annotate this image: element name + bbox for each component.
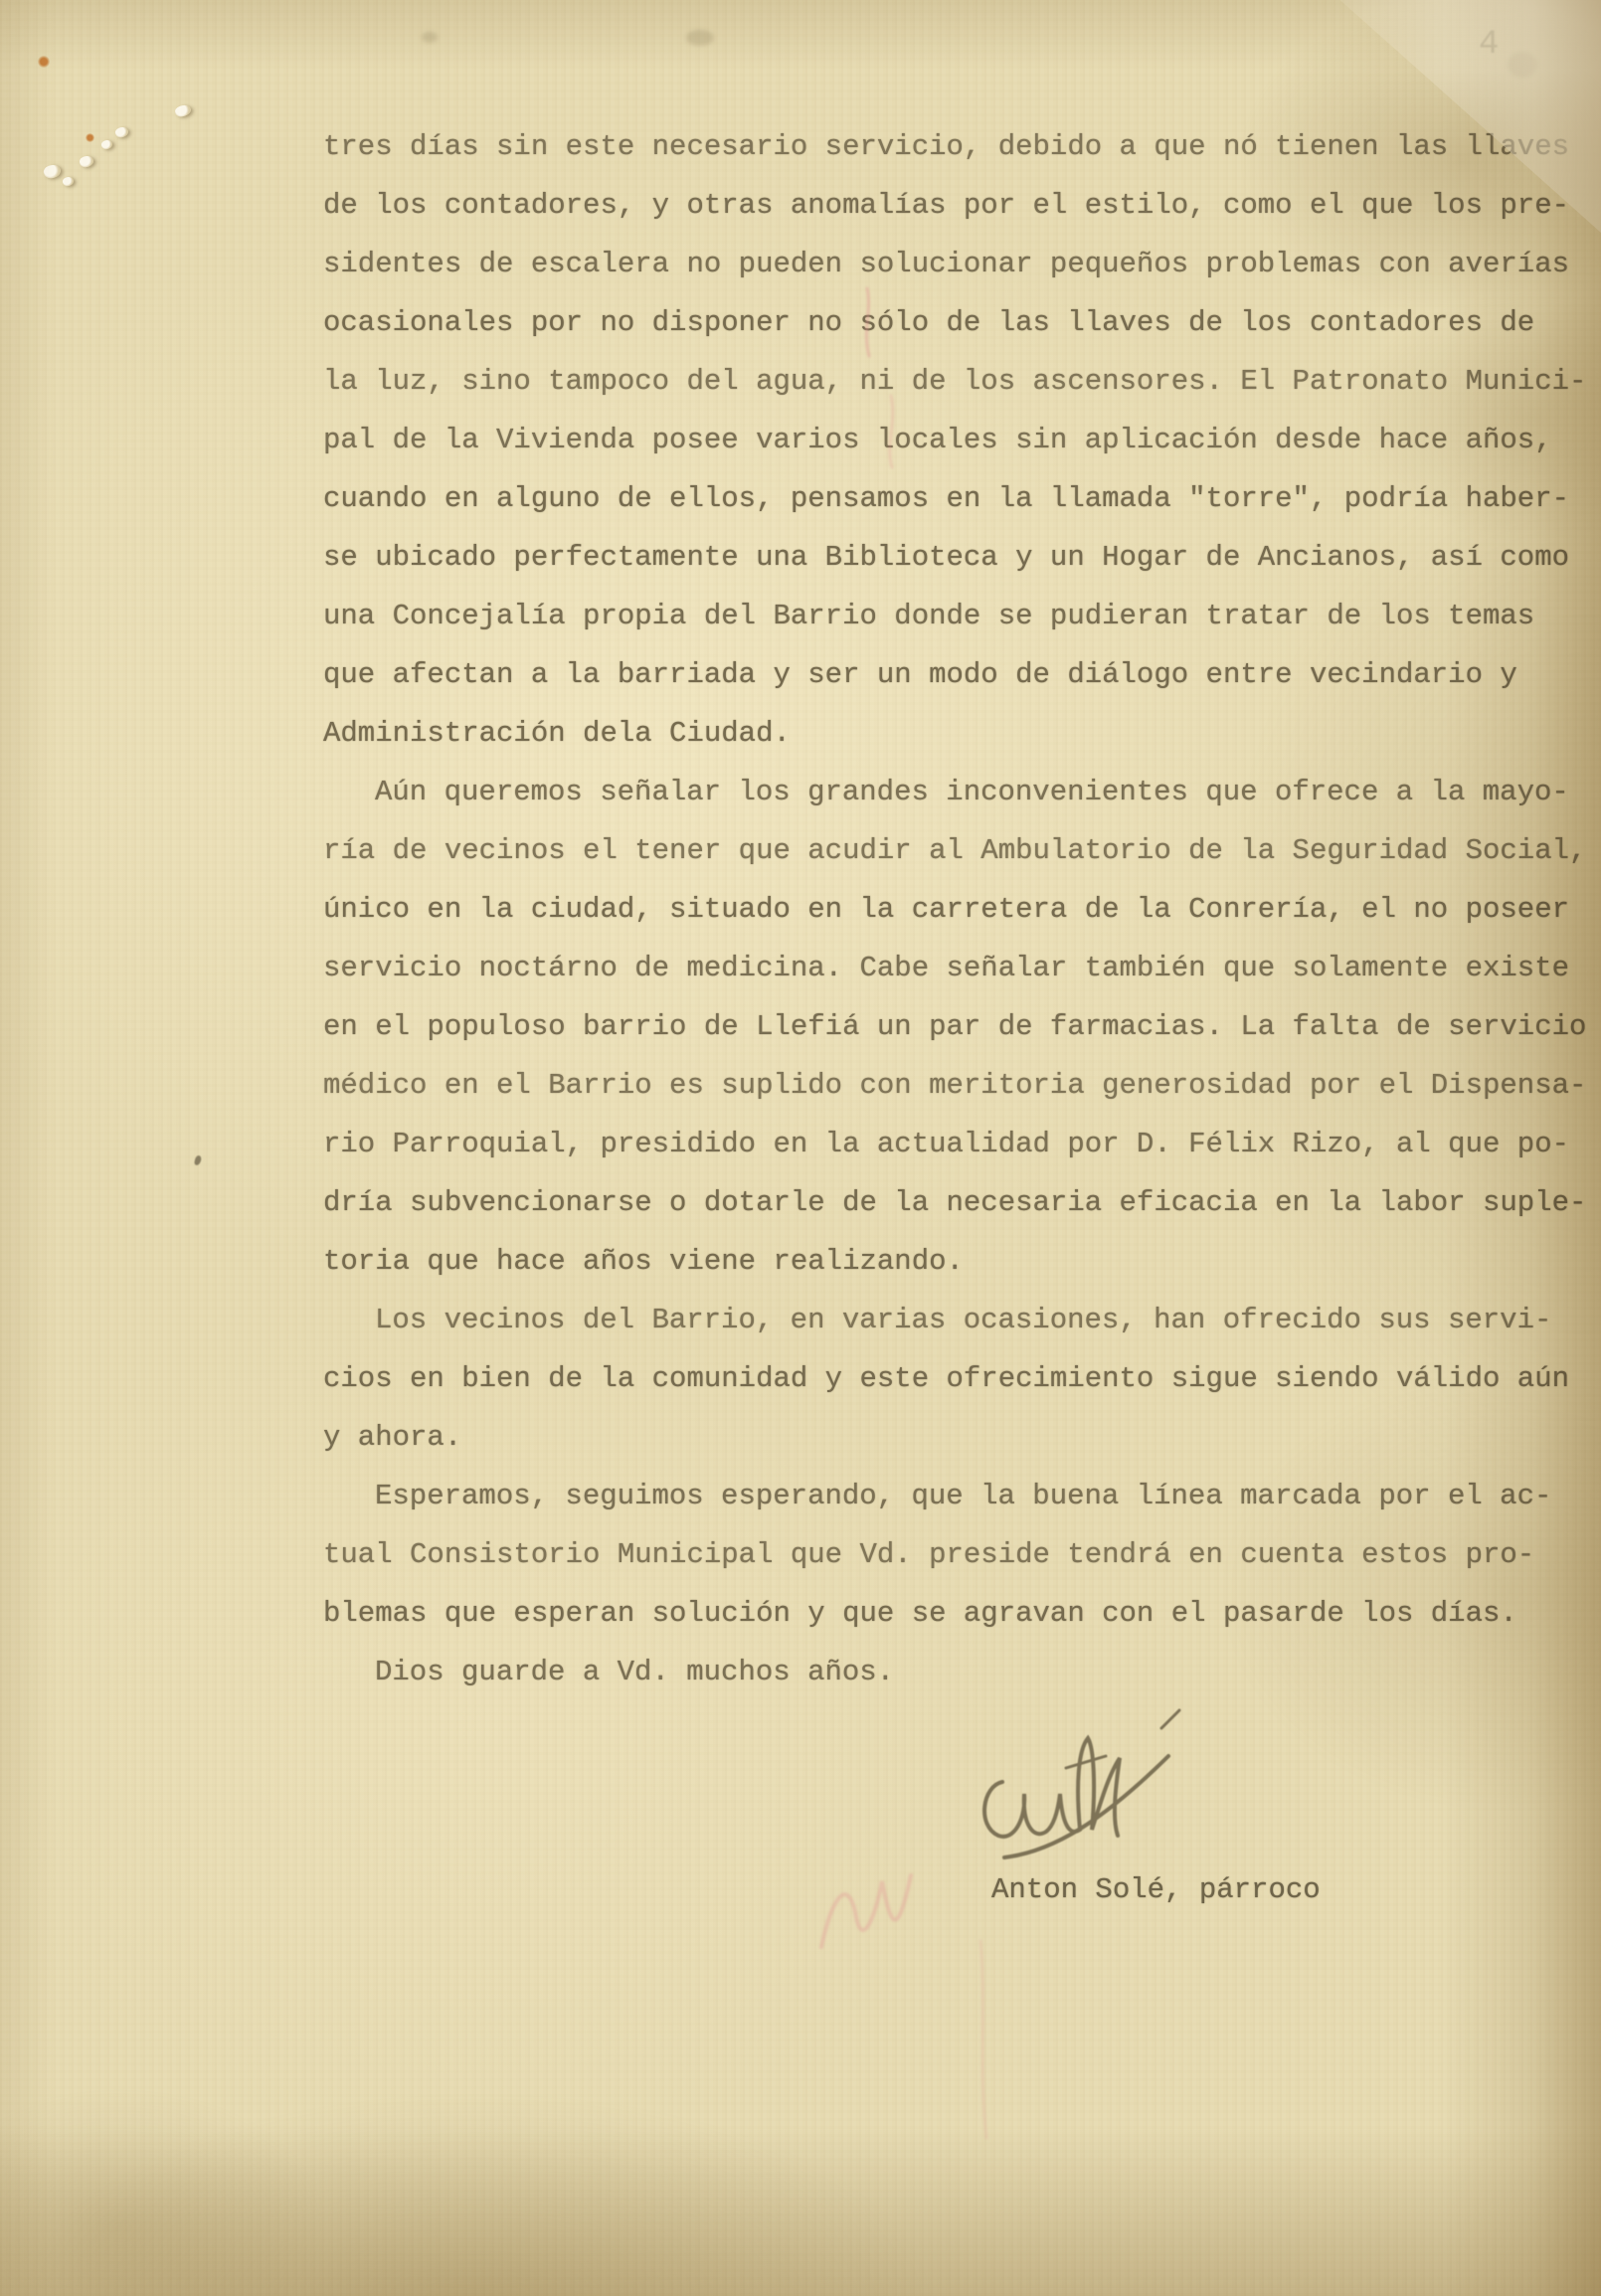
scanned-letter-page: 4 tres días sin este necesario servicio,…	[0, 0, 1601, 2296]
pencil-mark-squiggle	[821, 1875, 911, 1947]
rust-speck	[38, 56, 50, 68]
smudge-speck	[1508, 52, 1537, 78]
rust-speck	[86, 133, 94, 142]
pencil-mark-thread2	[890, 396, 893, 467]
smudge-speck	[422, 32, 438, 43]
smudge-speck	[686, 30, 714, 46]
pencil-mark-thread	[866, 288, 869, 356]
pink-pencil-marks	[0, 0, 1601, 2296]
pencil-mark-streak	[980, 1941, 986, 2138]
